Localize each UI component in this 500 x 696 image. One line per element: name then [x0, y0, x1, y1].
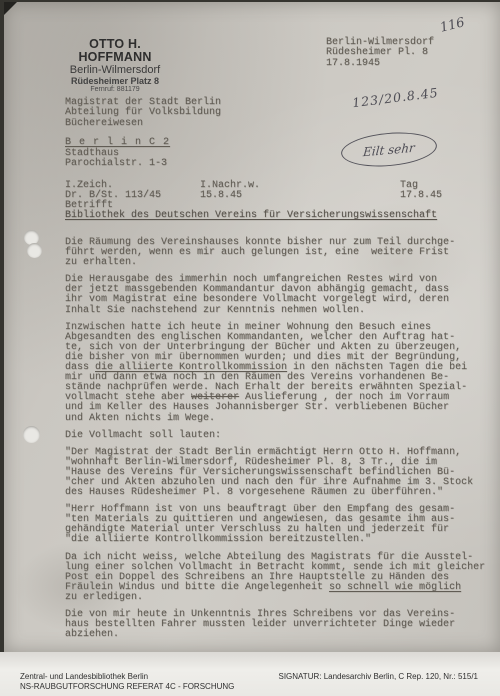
handwritten-page-number: 116 — [439, 15, 467, 36]
letterhead: OTTO H. HOFFMANN Berlin-Wilmersdorf Rüde… — [59, 38, 171, 94]
paragraph: Die von mir heute in Unkenntnis Ihres Sc… — [65, 610, 499, 640]
letterhead-street: Rüdesheimer Platz 8 — [59, 76, 171, 86]
paragraph: Die Räumung des Vereinshauses konnte bis… — [65, 238, 499, 268]
paragraph: Die Herausgabe des immerhin noch umfangr… — [65, 275, 499, 315]
recipient-city: B e r l i n C 2 — [65, 137, 170, 148]
archive-footer: Zentral- und Landesbibliothek Berlin NS-… — [0, 652, 500, 696]
paragraph: Da ich nicht weiss, welche Abteilung des… — [65, 553, 499, 603]
recipient-block: Magistrat der Stadt Berlin Abteilung für… — [65, 98, 221, 129]
reference-value: 15.8.45 — [200, 190, 242, 201]
reference-col-nachricht: I.Nachr.w.15.8.45 — [200, 181, 260, 201]
archive-footer-left: Zentral- und Landesbibliothek Berlin NS-… — [20, 672, 234, 691]
sender-date-block: Berlin-Wilmersdorf Rüdesheimer Pl. 8 17.… — [326, 38, 434, 69]
handwritten-registry-note: 123/20.8.45 — [351, 85, 439, 110]
paragraph-text: zu erledigen. — [65, 592, 143, 603]
letterhead-city: Berlin-Wilmersdorf — [59, 64, 171, 76]
letter-body: Die Räumung des Vereinshauses konnte bis… — [65, 238, 499, 647]
reference-value: 17.8.45 — [400, 190, 442, 201]
punch-hole — [23, 426, 40, 443]
torn-corner — [4, 2, 17, 15]
archive-institution: Zentral- und Landesbibliothek Berlin — [20, 672, 234, 682]
archive-signatur: SIGNATUR: Landesarchiv Berlin, C Rep. 12… — [279, 672, 479, 682]
reference-col-tag: Tag17.8.45 — [400, 181, 442, 201]
paragraph: Inzwischen hatte ich heute in meiner Woh… — [65, 323, 499, 424]
scan-background: OTTO H. HOFFMANN Berlin-Wilmersdorf Rüde… — [0, 0, 500, 696]
handwritten-urgency-note: Eilt sehr — [363, 140, 416, 159]
letterhead-name: OTTO H. HOFFMANN — [59, 38, 171, 64]
urgency-circle: Eilt sehr — [340, 129, 439, 170]
archive-department: NS-RAUBGUTFORSCHUNG REFERAT 4C - FORSCHU… — [20, 682, 234, 692]
recipient-address: Stadthaus Parochialstr. 1-3 — [65, 149, 167, 170]
document-page: OTTO H. HOFFMANN Berlin-Wilmersdorf Rüde… — [4, 2, 500, 652]
punch-hole — [27, 243, 42, 258]
subject-line: Bibliothek des Deutschen Vereins für Ver… — [65, 210, 437, 221]
reference-col-zeichen: I.Zeich.Dr. B/St. 113/45Betrifft — [65, 181, 161, 212]
paragraph: Die Vollmacht soll lauten: — [65, 431, 499, 441]
underlined-phrase: so schnell wie möglich — [329, 582, 461, 593]
quoted-paragraph: "Der Magistrat der Stadt Berlin ermächti… — [65, 448, 499, 498]
letterhead-phone: Fernruf: 881179 — [59, 86, 171, 94]
quoted-paragraph: "Herr Hoffmann ist von uns beauftragt üb… — [65, 505, 499, 545]
